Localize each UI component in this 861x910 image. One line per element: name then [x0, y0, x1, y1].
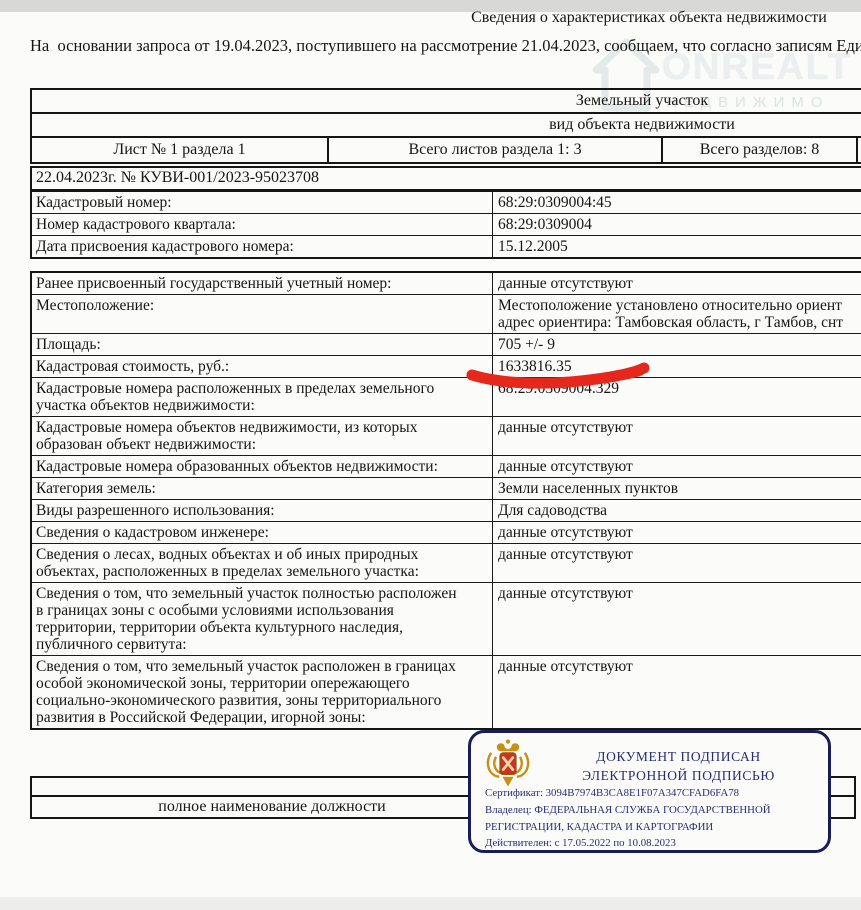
stamp-title-line1: ДОКУМЕНТ ПОДПИСАН — [535, 748, 822, 767]
row-label: Кадастровый номер: — [32, 192, 493, 213]
table-row: Площадь: 705 +/- 9 — [32, 333, 861, 355]
request-reference: 22.04.2023г. № КУВИ-001/2023-95023708 — [30, 166, 861, 191]
row-label: Местоположение: — [32, 295, 493, 333]
row-label: Ранее присвоенный государственный учетны… — [32, 273, 493, 294]
row-value: 68:29:0309004:45 — [493, 192, 861, 213]
stamp-title: ДОКУМЕНТ ПОДПИСАН ЭЛЕКТРОННОЙ ПОДПИСЬЮ — [535, 748, 822, 785]
table-row: Кадастровые номера объектов недвижимости… — [32, 416, 861, 455]
row-value: данные отсутствуют — [493, 656, 861, 728]
object-type-value: Земельный участок — [32, 90, 861, 112]
row-value: данные отсутствуют — [493, 273, 861, 294]
page-title: Сведения о характеристиках объекта недви… — [429, 9, 861, 27]
row-label: Номер кадастрового квартала: — [32, 214, 493, 235]
table-row: Сведения о кадастровом инженере: данные … — [32, 521, 861, 543]
object-type-table: Земельный участок вид объекта недвижимос… — [30, 88, 861, 138]
table-row: Сведения о лесах, водных объектах и об и… — [32, 543, 861, 582]
table-row: Кадастровые номера образованных объектов… — [32, 455, 861, 477]
total-sheets: Всего листов раздела 1: 3 — [329, 138, 663, 162]
table-row: Дата присвоения кадастрового номера: 15.… — [32, 235, 861, 257]
stamp-title-line2: ЭЛЕКТРОННОЙ ПОДПИСЬЮ — [535, 767, 822, 786]
document-page: ONREALT НЕДВИЖИМО Сведения о характерист… — [0, 0, 861, 910]
row-label: Кадастровые номера расположенных в преде… — [32, 378, 493, 416]
row-value: 705 +/- 9 — [493, 334, 861, 355]
row-label: Сведения о том, что земельный участок ра… — [32, 656, 493, 728]
row-label: Площадь: — [32, 334, 493, 355]
sheet-info-table: Лист № 1 раздела 1 Всего листов раздела … — [30, 136, 861, 164]
row-value: Для садоводства — [493, 500, 861, 521]
cadastral-ids-table: Кадастровый номер: 68:29:0309004:45 Номе… — [30, 190, 861, 259]
sheet-number: Лист № 1 раздела 1 — [32, 138, 329, 162]
red-underline-annotation — [460, 355, 660, 397]
row-label: Сведения о кадастровом инженере: — [32, 522, 493, 543]
table-row: Сведения о том, что земельный участок ра… — [32, 655, 861, 728]
row-value: данные отсутствуют — [493, 522, 861, 543]
row-label: Категория земель: — [32, 478, 493, 499]
table-row: Местоположение: Местоположение установле… — [32, 294, 861, 333]
rosreestr-eagle-icon — [484, 738, 532, 790]
table-row: Кадастровые номера расположенных в преде… — [32, 377, 861, 416]
stamp-certificate-info: Сертификат: 3094B7974B3CA8E1F07A347CFAD6… — [485, 785, 771, 852]
row-label: Кадастровые номера образованных объектов… — [32, 456, 493, 477]
row-label: Сведения о лесах, водных объектах и об и… — [32, 544, 493, 582]
row-value: 15.12.2005 — [493, 236, 861, 257]
table-row: Кадастровый номер: 68:29:0309004:45 — [32, 192, 861, 213]
table-row: Виды разрешенного использования: Для сад… — [32, 499, 861, 521]
table-row: Кадастровая стоимость, руб.: 1633816.35 — [32, 355, 861, 377]
row-label: Кадастровая стоимость, руб.: — [32, 356, 493, 377]
row-value: данные отсутствуют — [493, 417, 861, 455]
table-row: Категория земель: Земли населенных пункт… — [32, 477, 861, 499]
row-value: Земли населенных пунктов — [493, 478, 861, 499]
row-value: данные отсутствуют — [493, 544, 861, 582]
total-sections: Всего разделов: 8 — [663, 138, 858, 162]
table-row: Ранее присвоенный государственный учетны… — [32, 273, 861, 294]
row-label: Сведения о том, что земельный участок по… — [32, 583, 493, 655]
row-label: Виды разрешенного использования: — [32, 500, 493, 521]
esignature-stamp: ДОКУМЕНТ ПОДПИСАН ЭЛЕКТРОННОЙ ПОДПИСЬЮ С… — [468, 730, 831, 853]
photo-bottom-edge — [0, 897, 861, 910]
row-value: данные отсутствуют — [493, 583, 861, 655]
object-type-caption: вид объекта недвижимости — [32, 112, 861, 136]
table-row: Сведения о том, что земельный участок по… — [32, 582, 861, 655]
intro-text: На основании запроса от 19.04.2023, пост… — [30, 36, 861, 56]
position-caption: полное наименование должности — [32, 797, 512, 817]
row-value: данные отсутствуют — [493, 456, 861, 477]
characteristics-table: Ранее присвоенный государственный учетны… — [30, 271, 861, 730]
row-label: Кадастровые номера объектов недвижимости… — [32, 417, 493, 455]
row-label: Дата присвоения кадастрового номера: — [32, 236, 493, 257]
row-value: 68:29:0309004 — [493, 214, 861, 235]
table-row: Номер кадастрового квартала: 68:29:03090… — [32, 213, 861, 235]
row-value: Местоположение установлено относительно … — [493, 295, 861, 333]
